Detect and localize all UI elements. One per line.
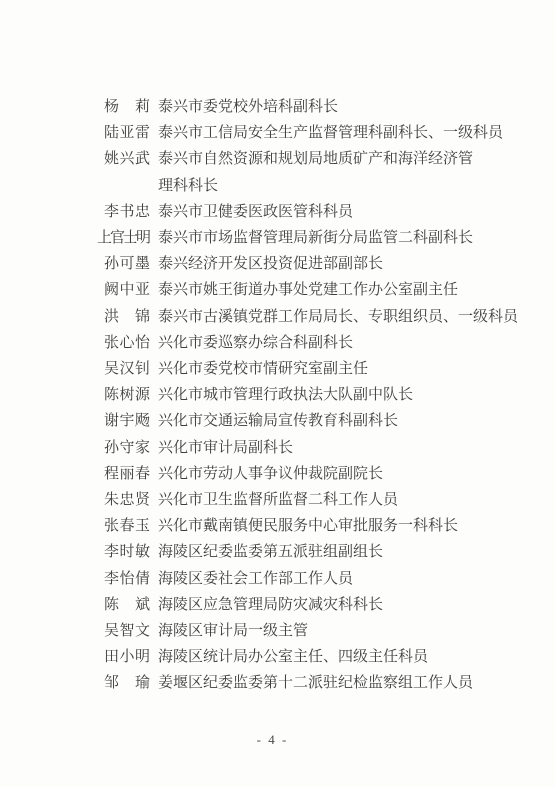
recipient-name: 张春玉 [104, 513, 150, 539]
list-item: 李怡倩海陵区委社会工作部工作人员 [104, 566, 518, 592]
list-item: 陈树源兴化市城市管理行政执法大队副中队长 [104, 382, 518, 408]
list-item: 阙中亚泰兴市姚王街道办事处党建工作办公室副主任 [104, 277, 518, 303]
list-item: 杨莉泰兴市委党校外培科副科长 [104, 94, 518, 120]
recipient-name: 吴汉钊 [104, 356, 150, 382]
recipient-title: 海陵区委社会工作部工作人员 [158, 566, 353, 592]
recipient-name: 阙中亚 [104, 277, 150, 303]
list-item: 谢宇飏兴化市交通运输局宣传教育科副科长 [104, 408, 518, 434]
recipient-list: 杨莉泰兴市委党校外培科副科长陆亚雷泰兴市工信局安全生产监督管理科副科长、一级科员… [104, 94, 518, 697]
list-item: 张春玉兴化市戴南镇便民服务中心审批服务一科科长 [104, 513, 518, 539]
list-item: 洪锦泰兴市古溪镇党群工作局局长、专职组织员、一级科员 [104, 304, 518, 330]
list-item: 程丽春兴化市劳动人事争议仲裁院副院长 [104, 461, 518, 487]
recipient-name: 陈斌 [104, 592, 150, 618]
list-item: 孙守家兴化市审计局副科长 [104, 435, 518, 461]
recipient-name: 李书忠 [104, 199, 150, 225]
recipient-title: 兴化市城市管理行政执法大队副中队长 [158, 382, 413, 408]
list-item: 陆亚雷泰兴市工信局安全生产监督管理科副科长、一级科员 [104, 120, 518, 146]
list-item: 上官士明泰兴市市场监督管理局新街分局监管二科副科长 [104, 225, 518, 251]
recipient-name: 洪锦 [104, 304, 150, 330]
list-item: 孙可墨泰兴经济开发区投资促进部副部长 [104, 251, 518, 277]
list-item: 陈斌海陵区应急管理局防灾减灾科科长 [104, 592, 518, 618]
recipient-title: 海陵区统计局办公室主任、四级主任科员 [158, 644, 428, 670]
recipient-name: 程丽春 [104, 461, 150, 487]
recipient-title: 海陵区审计局一级主管 [158, 618, 308, 644]
recipient-name: 陈树源 [104, 382, 150, 408]
list-item: 李书忠泰兴市卫健委医政医管科科员 [104, 199, 518, 225]
list-item: 李时敏海陵区纪委监委第五派驻组副组长 [104, 539, 518, 565]
page-number: - 4 - [0, 732, 545, 747]
recipient-title: 兴化市委巡察办综合科副科长 [158, 330, 353, 356]
recipient-title: 泰兴市委党校外培科副科长 [158, 94, 338, 120]
recipient-name: 谢宇飏 [104, 408, 150, 434]
list-item: 吴汉钊兴化市委党校市情研究室副主任 [104, 356, 518, 382]
list-item: 张心怡兴化市委巡察办综合科副科长 [104, 330, 518, 356]
recipient-name: 杨莉 [104, 94, 150, 120]
document-page: 杨莉泰兴市委党校外培科副科长陆亚雷泰兴市工信局安全生产监督管理科副科长、一级科员… [0, 0, 555, 787]
recipient-name: 李怡倩 [104, 566, 150, 592]
recipient-title: 泰兴经济开发区投资促进部副部长 [158, 251, 383, 277]
recipient-title: 泰兴市市场监督管理局新街分局监管二科副科长 [158, 225, 473, 251]
list-item: 朱忠贤兴化市卫生监督所监督二科工作人员 [104, 487, 518, 513]
list-item: 吴智文海陵区审计局一级主管 [104, 618, 518, 644]
list-item: 田小明海陵区统计局办公室主任、四级主任科员 [104, 644, 518, 670]
recipient-title: 兴化市卫生监督所监督二科工作人员 [158, 487, 398, 513]
recipient-name: 吴智文 [104, 618, 150, 644]
recipient-name: 上官士明 [97, 225, 150, 251]
recipient-name: 陆亚雷 [104, 120, 150, 146]
recipient-title: 泰兴市工信局安全生产监督管理科副科长、一级科员 [158, 120, 503, 146]
recipient-name: 田小明 [104, 644, 150, 670]
recipient-title: 兴化市委党校市情研究室副主任 [158, 356, 368, 382]
recipient-title: 兴化市劳动人事争议仲裁院副院长 [158, 461, 383, 487]
list-item: 姚兴武泰兴市自然资源和规划局地质矿产和海洋经济管理科科长 [104, 146, 518, 198]
recipient-title: 泰兴市卫健委医政医管科科员 [158, 199, 353, 225]
recipient-title: 泰兴市古溪镇党群工作局局长、专职组织员、一级科员 [158, 304, 518, 330]
recipient-title: 兴化市交通运输局宣传教育科副科长 [158, 408, 398, 434]
recipient-title: 兴化市审计局副科长 [158, 435, 293, 461]
recipient-name: 邹瑜 [104, 670, 150, 696]
recipient-name: 张心怡 [104, 330, 150, 356]
recipient-title: 泰兴市自然资源和规划局地质矿产和海洋经济管理科科长 [158, 146, 473, 198]
recipient-name: 朱忠贤 [104, 487, 150, 513]
list-item: 邹瑜姜堰区纪委监委第十二派驻纪检监察组工作人员 [104, 670, 518, 696]
recipient-name: 李时敏 [104, 539, 150, 565]
recipient-title: 兴化市戴南镇便民服务中心审批服务一科科长 [158, 513, 458, 539]
recipient-title: 海陵区应急管理局防灾减灾科科长 [158, 592, 383, 618]
recipient-title: 泰兴市姚王街道办事处党建工作办公室副主任 [158, 277, 458, 303]
recipient-name: 姚兴武 [104, 146, 150, 172]
recipient-name: 孙可墨 [104, 251, 150, 277]
recipient-title: 海陵区纪委监委第五派驻组副组长 [158, 539, 383, 565]
recipient-title: 姜堰区纪委监委第十二派驻纪检监察组工作人员 [158, 670, 473, 696]
recipient-name: 孙守家 [104, 435, 150, 461]
